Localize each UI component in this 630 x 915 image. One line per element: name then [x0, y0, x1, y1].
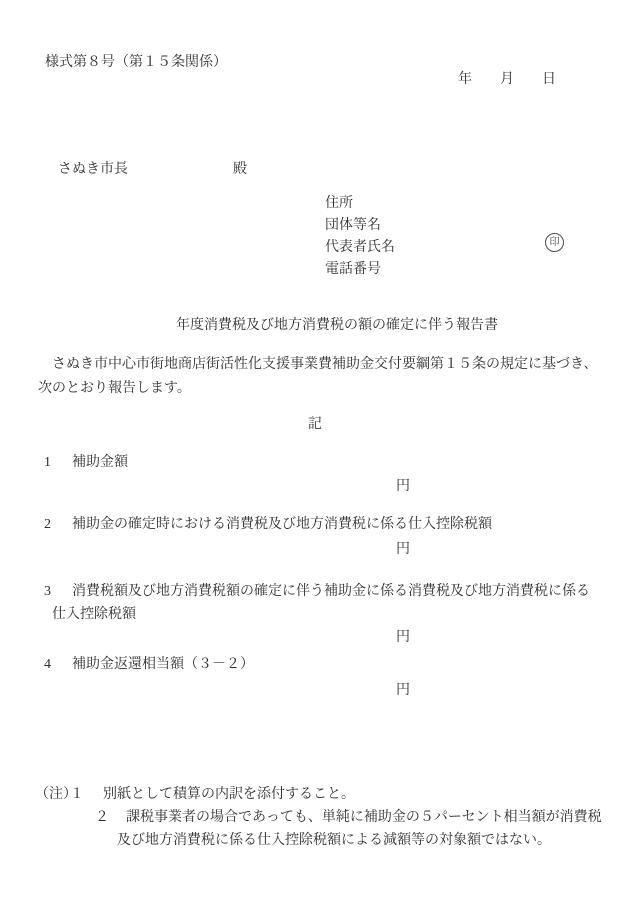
date-line: 年 月 日	[458, 71, 556, 89]
item-4-number: 4	[44, 656, 51, 674]
item-4-unit: 円	[396, 682, 410, 700]
day-label: 日	[542, 71, 556, 89]
note-2-number: ２	[95, 809, 109, 827]
item-2-unit: 円	[396, 541, 410, 559]
record-marker: 記	[0, 416, 630, 434]
form-number: 様式第８号（第１５条関係）	[45, 54, 227, 72]
year-label: 年	[458, 71, 472, 89]
addressee-recipient: さぬき市長	[58, 161, 128, 179]
organization-label: 団体等名	[325, 217, 381, 235]
note-1-text: 別紙として積算の内訳を添付すること。	[103, 786, 355, 804]
item-4-text: 補助金返還相当額（３－２）	[72, 656, 254, 674]
body-paragraph-line1: さぬき市中心市街地商店街活性化支援事業費補助金交付要綱第１５条の規定に基づき、	[38, 356, 597, 374]
body-paragraph-line2: 次のとおり報告します。	[38, 380, 191, 398]
item-3-text: 消費税額及び地方消費税額の確定に伴う補助金に係る消費税及び地方消費税に係る	[72, 583, 590, 601]
note-2-text: 課税事業者の場合であっても、単純に補助金の５パーセント相当額が消費税	[126, 809, 602, 827]
report-form-page: 様式第８号（第１５条関係） 年 月 日 さぬき市長 殿 住所 団体等名 代表者氏…	[0, 0, 630, 915]
item-1-number: 1	[44, 454, 51, 472]
seal-icon: 印	[545, 233, 564, 252]
item-3-number: 3	[44, 583, 51, 601]
item-1-text: 補助金額	[72, 454, 128, 472]
item-2-number: 2	[44, 516, 51, 534]
item-3-text-continued: 仕入控除税額	[52, 606, 136, 624]
note-2-text-continued: 及び地方消費税に係る仕入控除税額による減額等の対象額ではない。	[117, 832, 551, 850]
address-label: 住所	[325, 195, 353, 213]
document-title: 年度消費税及び地方消費税の額の確定に伴う報告書	[0, 317, 630, 335]
phone-label: 電話番号	[325, 261, 381, 279]
addressee-honorific: 殿	[233, 161, 247, 179]
item-3-unit: 円	[396, 629, 410, 647]
month-label: 月	[500, 71, 514, 89]
item-1-unit: 円	[396, 478, 410, 496]
item-2-text: 補助金の確定時における消費税及び地方消費税に係る仕入控除税額	[72, 516, 492, 534]
representative-label: 代表者氏名	[325, 239, 395, 257]
note-1-number: １	[70, 786, 84, 804]
